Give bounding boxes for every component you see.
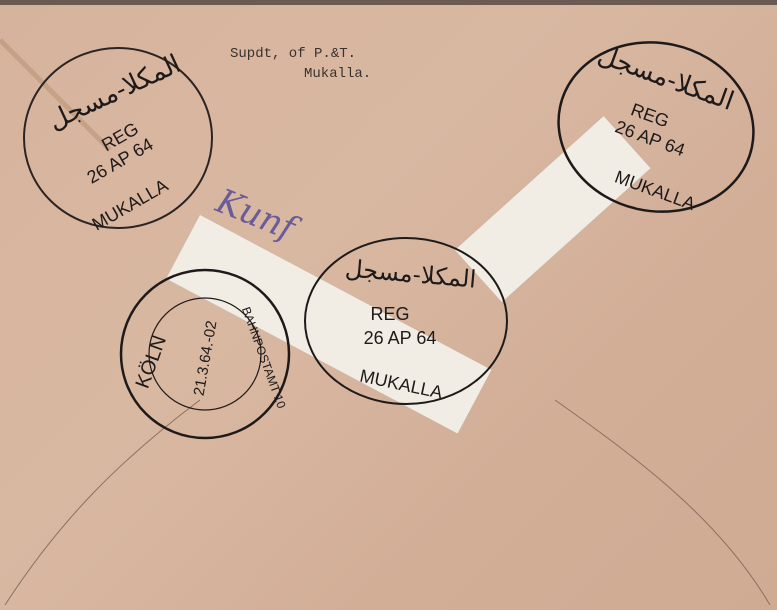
- svg-text:21.3.64.-02: 21.3.64.-02: [191, 319, 221, 397]
- svg-text:MUKALLA: MUKALLA: [612, 167, 698, 215]
- svg-text:MUKALLA: MUKALLA: [358, 366, 444, 403]
- svg-text:MUKALLA: MUKALLA: [89, 175, 172, 234]
- postmark-mukalla-top-right: المكلا-مسجل REG 26 AP 64 MUKALLA: [553, 36, 759, 218]
- envelope-back: Supdt, of P.&T. Mukalla. Kunf المكلا-مسج…: [0, 0, 777, 610]
- svg-text:REG: REG: [370, 304, 409, 324]
- return-address-line2: Mukalla.: [230, 64, 371, 84]
- postmark-koln: KÖLN 21.3.64.-02 BAHNPOSTAMT 10: [112, 264, 298, 444]
- svg-text:المكلا-مسجل: المكلا-مسجل: [594, 39, 738, 116]
- svg-text:المكلا-مسجل: المكلا-مسجل: [43, 48, 185, 135]
- postmark-mukalla-center: المكلا-مسجل REG 26 AP 64 MUKALLA: [300, 232, 512, 410]
- svg-text:26 AP 64: 26 AP 64: [364, 328, 437, 348]
- svg-text:KÖLN: KÖLN: [132, 333, 171, 392]
- postmark-mukalla-top-left: المكلا-مسجل REG 26 AP 64 MUKALLA: [18, 42, 218, 234]
- return-address-line1: Supdt, of P.&T.: [230, 44, 371, 64]
- return-address: Supdt, of P.&T. Mukalla.: [230, 44, 371, 84]
- svg-text:المكلا-مسجل: المكلا-مسجل: [344, 255, 477, 293]
